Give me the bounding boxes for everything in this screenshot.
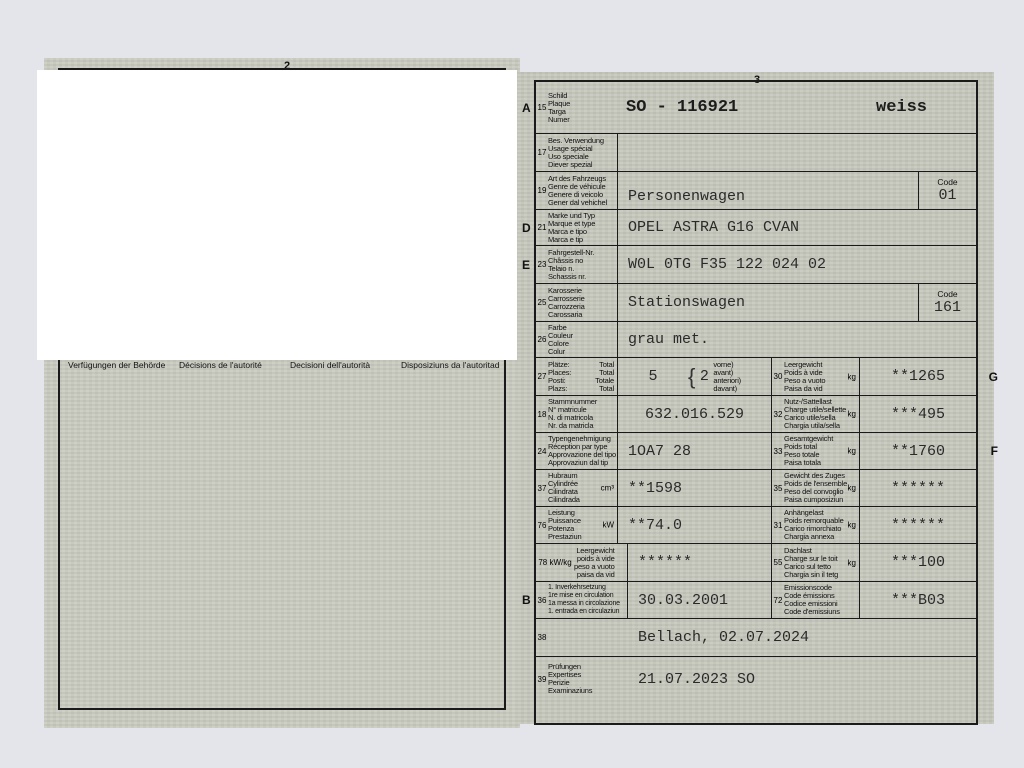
total-weight-value: **1760 — [860, 433, 976, 469]
row-body: 25 KarosserieCarrosserieCarrozzeriaCaros… — [536, 284, 976, 322]
registry-number-value: 632.016.529 — [618, 396, 771, 432]
empty-weight-value: **1265 — [860, 358, 976, 395]
plate-color: weiss — [866, 82, 976, 133]
row-make-model: D 21 Marke und TypMarque et typeMarca e … — [536, 210, 976, 246]
redaction-box — [37, 70, 517, 360]
right-page: 3 A 15 SchildPlaqueTargaNumer SO - 11692… — [518, 72, 994, 724]
seats-total: 5 — [618, 358, 688, 395]
row-registry-payload: 18 StammnummerN° matriculeN. di matricol… — [536, 396, 976, 433]
marker-a: A — [522, 101, 531, 115]
row-place-date: 38 Bellach, 02.07.2024 — [536, 619, 976, 657]
header-de: Verfügungen der Behörde — [60, 360, 171, 378]
colour-value: grau met. — [618, 322, 976, 357]
row-special-use: 17 Bes. VerwendungUsage spécialUso speci… — [536, 134, 976, 172]
row-power-trailer: 76 LeistungPuissancePotenzaPrestaziun kW… — [536, 507, 976, 544]
field-label: SchildPlaqueTargaNumer — [548, 92, 570, 124]
authority-decisions-header: Verfügungen der Behörde Décisions de l'a… — [60, 360, 504, 378]
power-weight-value: ****** — [628, 544, 771, 581]
row-plate: A 15 SchildPlaqueTargaNumer SO - 116921 … — [536, 82, 976, 134]
payload-value: ***495 — [860, 396, 976, 432]
vehicle-type-code: Code01 — [918, 172, 976, 209]
row-chassis: E 23 Fahrgestell-Nr.Châssis noTelaio n.S… — [536, 246, 976, 284]
emission-code-value: ***B03 — [860, 582, 976, 618]
marker-d: D — [522, 221, 531, 235]
row-approval-total-weight: 24 TypengenehmigungRéception par typeApp… — [536, 433, 976, 470]
header-rm: Disposiziuns da l'autoritad — [393, 360, 504, 378]
marker-e: E — [522, 258, 530, 272]
row-colour: 26 FarbeCouleurColoreColur grau met. — [536, 322, 976, 358]
registration-table: A 15 SchildPlaqueTargaNumer SO - 116921 … — [534, 80, 978, 725]
seats-front: 2 — [695, 358, 713, 395]
displacement-value: **1598 — [618, 470, 771, 506]
row-powerweight-roof: 78 kW/kg Leergewichtpoids à videpeso a v… — [536, 544, 976, 582]
inspections-value: 21.07.2023 SO — [618, 657, 976, 688]
row-inspections: 39 PrüfungenExpertisesPerizieExaminaziun… — [536, 657, 976, 723]
plate-number: SO - 116921 — [616, 82, 866, 133]
vehicle-type-value: Personenwagen — [618, 172, 918, 209]
marker-g: G — [989, 370, 998, 384]
body-value: Stationswagen — [618, 284, 918, 321]
field-number: 15 — [536, 103, 548, 112]
type-approval-value: 1OA7 28 — [618, 433, 771, 469]
roof-load-value: ***100 — [860, 544, 976, 581]
row-seats-empty-weight: 27 Plätze:Places:Posti:Plazs: TotalTotal… — [536, 358, 976, 396]
power-value: **74.0 — [618, 507, 771, 543]
header-fr: Décisions de l'autorité — [171, 360, 282, 378]
body-code: Code161 — [918, 284, 976, 321]
row-first-reg-emission: B 36 1. Inverkehrsetzung1re mise en circ… — [536, 582, 976, 619]
first-registration-value: 30.03.2001 — [628, 582, 771, 618]
trailer-load-value: ****** — [860, 507, 976, 543]
marker-b: B — [522, 593, 531, 607]
make-model-value: OPEL ASTRA G16 CVAN — [618, 210, 976, 245]
place-date-value: Bellach, 02.07.2024 — [618, 619, 976, 656]
row-displacement-train: 37 HubraumCylindréeCilindrataCilindrada … — [536, 470, 976, 507]
header-it: Decisioni dell'autorità — [282, 360, 393, 378]
chassis-value: W0L 0TG F35 122 024 02 — [618, 246, 976, 283]
row-vehicle-type: 19 Art des FahrzeugsGenre de véhiculeGen… — [536, 172, 976, 210]
train-weight-value: ****** — [860, 470, 976, 506]
special-use-value — [618, 134, 976, 171]
marker-f: F — [991, 444, 998, 458]
